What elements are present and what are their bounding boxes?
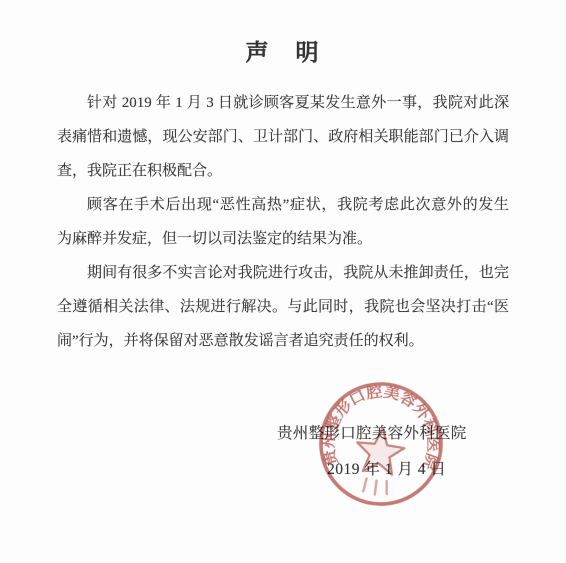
document-title: 声 明 — [0, 34, 566, 67]
paragraph-2-line-1: 顾客在手术后出现“恶性高热”症状，我院考虑此次意外的发生 — [57, 188, 509, 222]
paragraph-1-line-2: 表痛惜和遗憾，现公安部门、卫计部门、政府相关职能部门已介入调 — [57, 120, 509, 154]
paragraph-3-line-3: 闹”行为，并将保留对恶意散发谣言者追究责任的权利。 — [57, 324, 509, 358]
statement-document: 声 明 针对 2019 年 1 月 3 日就诊顾客夏某发生意外一事，我院对此深 … — [0, 0, 566, 563]
signature-date: 2019 年 1 月 4 日 — [327, 459, 446, 481]
document-body: 针对 2019 年 1 月 3 日就诊顾客夏某发生意外一事，我院对此深 表痛惜和… — [57, 86, 509, 358]
paragraph-3-line-2: 全遵循相关法律、法规进行解决。与此同时，我院也会坚决打击“医 — [57, 290, 509, 324]
paragraph-3-line-1: 期间有很多不实言论对我院进行攻击，我院从未推卸责任，也完 — [57, 256, 509, 290]
signature-hospital-name: 贵州整形口腔美容外科医院 — [277, 423, 467, 445]
paragraph-2-line-2: 为麻醉并发症，但一切以司法鉴定的结果为准。 — [57, 222, 509, 256]
paragraph-1-line-3: 查，我院正在积极配合。 — [57, 154, 509, 188]
paragraph-1-line-1: 针对 2019 年 1 月 3 日就诊顾客夏某发生意外一事，我院对此深 — [57, 86, 509, 120]
